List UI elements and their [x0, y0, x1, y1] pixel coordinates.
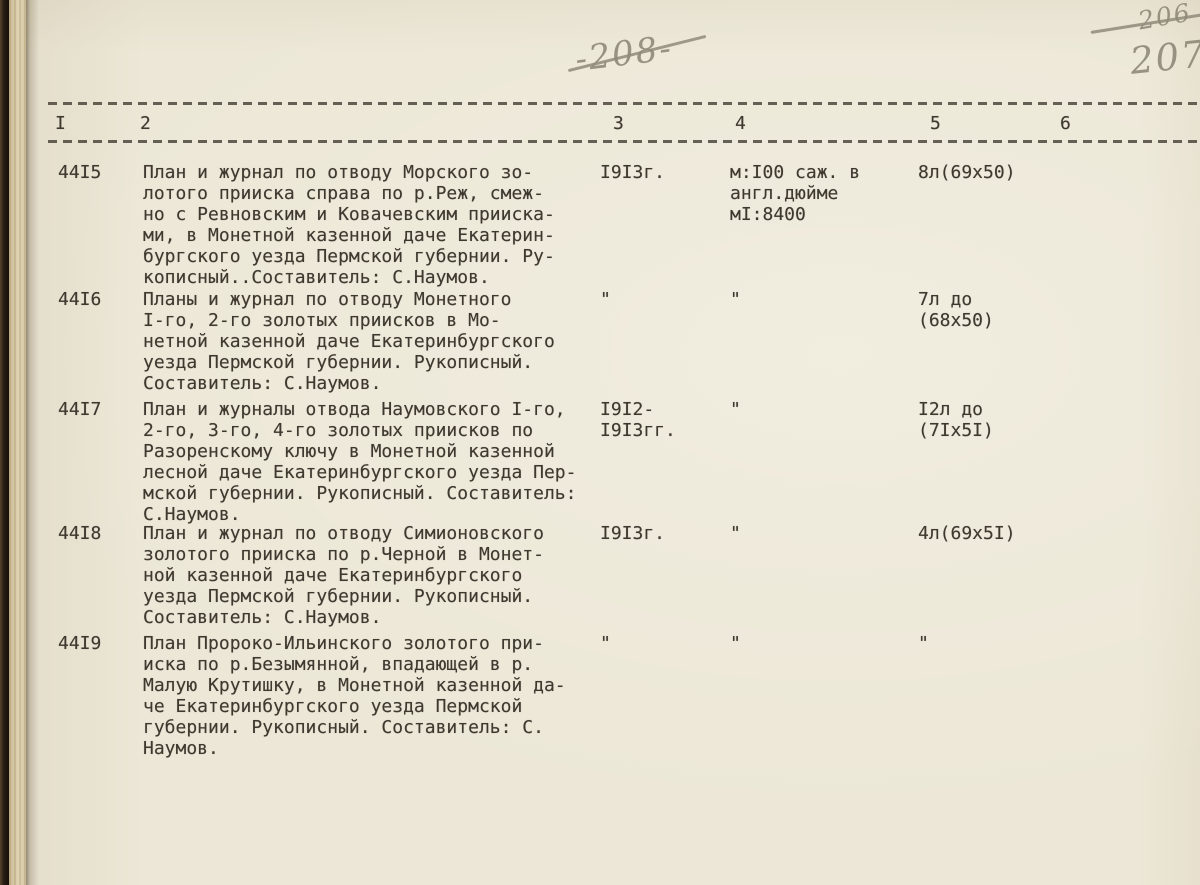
entry-sheets: 7л до (68х50) [918, 289, 1118, 394]
scanned-document-page: { "colors": { "page": "#ece7d6", "ink": … [0, 0, 1200, 885]
entry-scale: " [730, 523, 918, 628]
entry-date: I9I3г. [600, 162, 730, 288]
entry-number: 44I5 [58, 162, 143, 288]
column-header-1: I [55, 113, 66, 134]
table-row-4418: 44I8 План и журнал по отводу Симионовско… [58, 523, 1200, 628]
entry-description: План Пророко-Ильинского золотого при- ис… [143, 633, 600, 759]
page-fold-crease [26, 0, 40, 885]
entry-number: 44I7 [58, 399, 143, 525]
handwritten-page-number-current: 207 [1128, 32, 1200, 83]
entry-number: 44I8 [58, 523, 143, 628]
column-header-2: 2 [140, 113, 151, 134]
entry-date: " [600, 633, 730, 759]
book-binding-edge [0, 0, 9, 885]
table-row-4416: 44I6 Планы и журнал по отводу Монетного … [58, 289, 1200, 394]
entry-sheets: " [918, 633, 1118, 759]
column-header-4: 4 [735, 113, 746, 134]
entry-number: 44I6 [58, 289, 143, 394]
column-header-3: 3 [613, 113, 624, 134]
entry-notes [1118, 523, 1200, 628]
entry-scale: " [730, 289, 918, 394]
entry-description: План и журнал по отводу Морского зо- лот… [143, 162, 600, 288]
entry-sheets: I2л до (7Iх5I) [918, 399, 1118, 525]
header-dashed-line-top [48, 102, 1200, 105]
entry-notes [1118, 633, 1200, 759]
entry-date: I9I2- I9I3гг. [600, 399, 730, 525]
table-row-4419: 44I9 План Пророко-Ильинского золотого пр… [58, 633, 1200, 759]
entry-date: I9I3г. [600, 523, 730, 628]
entry-date: " [600, 289, 730, 394]
entry-number: 44I9 [58, 633, 143, 759]
entry-notes [1118, 162, 1200, 288]
entry-description: Планы и журнал по отводу Монетного I-го,… [143, 289, 600, 394]
header-dashed-line-bottom [48, 140, 1200, 143]
column-header-5: 5 [930, 113, 941, 134]
entry-scale: м:I00 саж. в англ.дюйме мI:8400 [730, 162, 918, 288]
column-header-6: 6 [1060, 113, 1071, 134]
table-row-4415: 44I5 План и журнал по отводу Морского зо… [58, 162, 1200, 288]
entry-scale: " [730, 633, 918, 759]
entry-notes [1118, 289, 1200, 394]
entry-description: План и журналы отвода Наумовского I-го, … [143, 399, 600, 525]
table-row-4417: 44I7 План и журналы отвода Наумовского I… [58, 399, 1200, 525]
entry-notes [1118, 399, 1200, 525]
underlying-page-edges [9, 0, 26, 885]
entry-sheets: 4л(69х5I) [918, 523, 1118, 628]
entry-scale: " [730, 399, 918, 525]
entry-description: План и журнал по отводу Симионовского зо… [143, 523, 600, 628]
entry-sheets: 8л(69х50) [918, 162, 1118, 288]
